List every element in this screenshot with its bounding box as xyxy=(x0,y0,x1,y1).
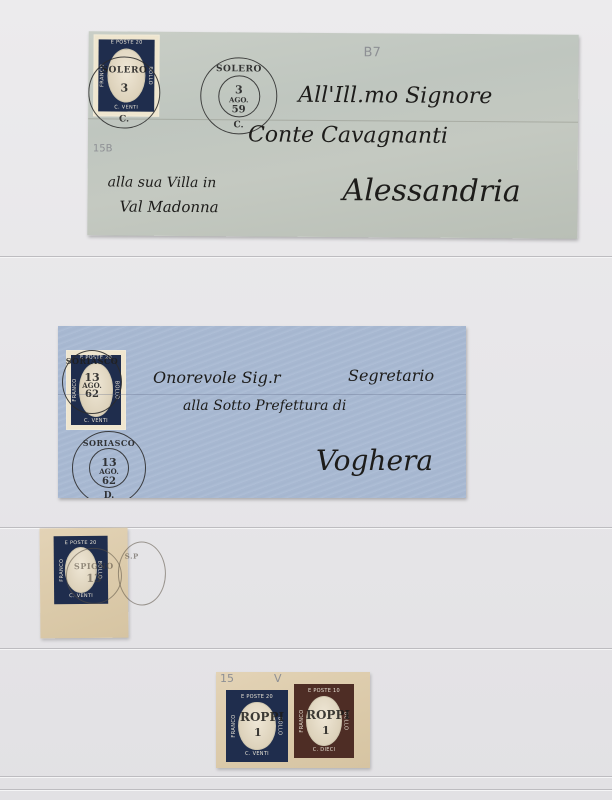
note-line: alla sua Villa in xyxy=(108,174,217,191)
address-line: Segretario xyxy=(348,366,434,385)
pencil-note: V xyxy=(274,672,282,685)
address-line: Conte Cavagnanti xyxy=(248,122,448,148)
stamp-bottom-text: C. VENTI xyxy=(67,419,125,424)
address-line: alla Sotto Prefettura di xyxy=(183,398,346,414)
fragment-spigno[interactable]: E POSTE 20 C. VENTI FRANCO BOLLO SPIGNO … xyxy=(40,528,129,639)
postmark-on-stamp: SORIASCO 13 AGO. 62 xyxy=(62,350,122,414)
cover-solero[interactable]: E POSTE 20 C. VENTI FRANCO BOLLO SOLERO … xyxy=(87,31,578,238)
strip-separator xyxy=(0,648,612,649)
pencil-note: B7 xyxy=(364,45,381,60)
postmark-on-stamp: SOLERO 3 C. xyxy=(88,56,161,129)
stamp-left-text: FRANCO xyxy=(231,714,237,737)
stamp-bottom-text: C. DIECI xyxy=(294,748,354,753)
stamp-left-text: FRANCO xyxy=(59,559,65,582)
stamp-top-text: E POSTE 20 xyxy=(95,40,159,45)
stamp-top-text: E POSTE 20 xyxy=(54,541,108,546)
postmark-partial: S.P xyxy=(118,541,167,605)
postmark-spigno: SPIGNO 13 xyxy=(66,548,122,604)
note-line: Val Madonna xyxy=(119,198,218,217)
strip-separator xyxy=(0,789,612,790)
address-destination: Voghera xyxy=(316,444,433,477)
strip-separator xyxy=(0,776,612,777)
address-line: All'Ill.mo Signore xyxy=(298,83,492,109)
cancel-day: 1 xyxy=(254,726,262,739)
stamp-top-text: E POSTE 20 xyxy=(226,695,288,700)
cancel-day: 1 xyxy=(322,724,330,737)
pencil-note: 15 xyxy=(220,672,234,685)
cover-soriasco[interactable]: E POSTE 20 C. VENTI FRANCO BOLLO SORIASC… xyxy=(58,326,466,498)
cancel-roppi: ROPPI xyxy=(240,710,284,724)
strip-separator xyxy=(0,256,612,257)
pencil-note: 15B xyxy=(93,143,113,154)
stamp-top-text: E POSTE 10 xyxy=(294,689,354,694)
postmark-soriasco: SORIASCO 13 AGO. 62 D. xyxy=(72,431,146,498)
stamp-bottom-text: C. VENTI xyxy=(226,752,288,757)
address-line: Onorevole Sig.r xyxy=(153,368,281,387)
stamp-left-text: FRANCO xyxy=(299,709,305,732)
address-destination: Alessandria xyxy=(342,173,520,209)
fragment-roppi[interactable]: 15 V E POSTE 20 C. VENTI FRANCO BOLLO E … xyxy=(216,672,370,768)
cancel-roppi: ROPPI xyxy=(306,708,350,722)
